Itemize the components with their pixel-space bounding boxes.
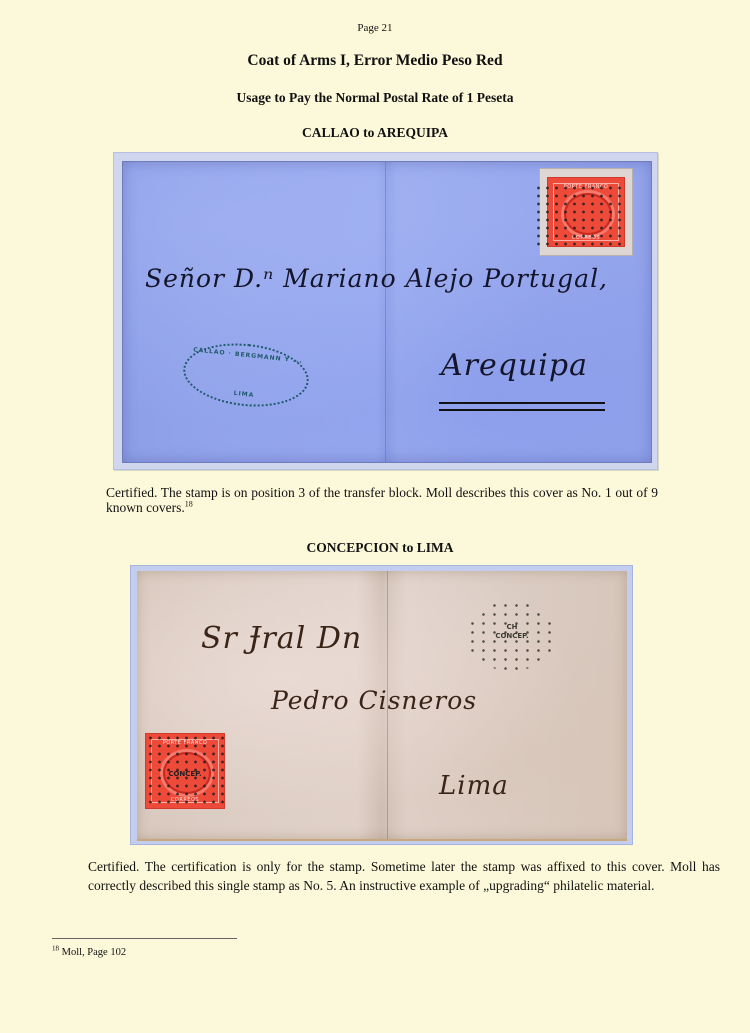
footnote-number: 18 bbox=[52, 945, 59, 953]
footnote-divider bbox=[52, 938, 237, 939]
footnote-ref[interactable]: 18 bbox=[185, 500, 193, 509]
cover1-fold-line bbox=[385, 162, 386, 462]
cover2-address-line2: Pedro Cisneros bbox=[271, 686, 477, 715]
page-subtitle: Usage to Pay the Normal Postal Rate of 1… bbox=[0, 90, 750, 106]
footnote-text: Moll, Page 102 bbox=[62, 947, 126, 958]
cover1-stamp: PORTE FRANCO CORREOS bbox=[547, 177, 625, 247]
footnote: 18 Moll, Page 102 bbox=[52, 947, 126, 958]
dot-cancel-marks bbox=[534, 184, 624, 246]
dot-cancel-marks bbox=[146, 734, 224, 808]
cover1-image: PORTE FRANCO CORREOS Señor D.ⁿ Mariano A… bbox=[122, 161, 652, 463]
cover1-oval-handstamp: CALLAO · BERGMANN Y ... LIMA bbox=[180, 338, 312, 413]
cover1-stamp-piece: PORTE FRANCO CORREOS bbox=[539, 168, 633, 256]
cover2-stamp: PORTE FRANCO CONCEP. CORREOS bbox=[145, 733, 225, 809]
cover2-dot-cancel-text: CH CONCEP. bbox=[479, 623, 545, 641]
cover2-address-line3: Lima bbox=[439, 771, 509, 801]
cover2-address-line1: Sr Ɉral Dn bbox=[201, 621, 362, 656]
cover1-address-line1: Señor D.ⁿ Mariano Alejo Portugal, bbox=[145, 264, 608, 293]
page-title: Coat of Arms I, Error Medio Peso Red bbox=[0, 52, 750, 70]
cover2-image: CH CONCEP. Sr Ɉral Dn Pedro Cisneros Lim… bbox=[137, 571, 627, 841]
cover1-caption: Certified. The stamp is on position 3 of… bbox=[106, 485, 658, 515]
cover1-route-heading: CALLAO to AREQUIPA bbox=[0, 125, 750, 141]
cover2-caption: Certified. The certification is only for… bbox=[88, 857, 720, 895]
dot-cancel-line2: CONCEP. bbox=[479, 632, 545, 641]
cover1-address-underline bbox=[439, 402, 605, 411]
cover2-mount: CH CONCEP. Sr Ɉral Dn Pedro Cisneros Lim… bbox=[130, 565, 633, 845]
cover2-route-heading: CONCEPCION to LIMA bbox=[0, 540, 750, 556]
cover1-mount: PORTE FRANCO CORREOS Señor D.ⁿ Mariano A… bbox=[113, 152, 658, 470]
oval-handstamp-top-text: CALLAO · BERGMANN Y ... bbox=[187, 346, 309, 366]
oval-handstamp-bottom-text: LIMA bbox=[183, 385, 305, 405]
cover1-address-line2: Arequipa bbox=[441, 348, 588, 383]
dot-cancel-line1: CH bbox=[479, 623, 545, 632]
page-number: Page 21 bbox=[0, 22, 750, 34]
